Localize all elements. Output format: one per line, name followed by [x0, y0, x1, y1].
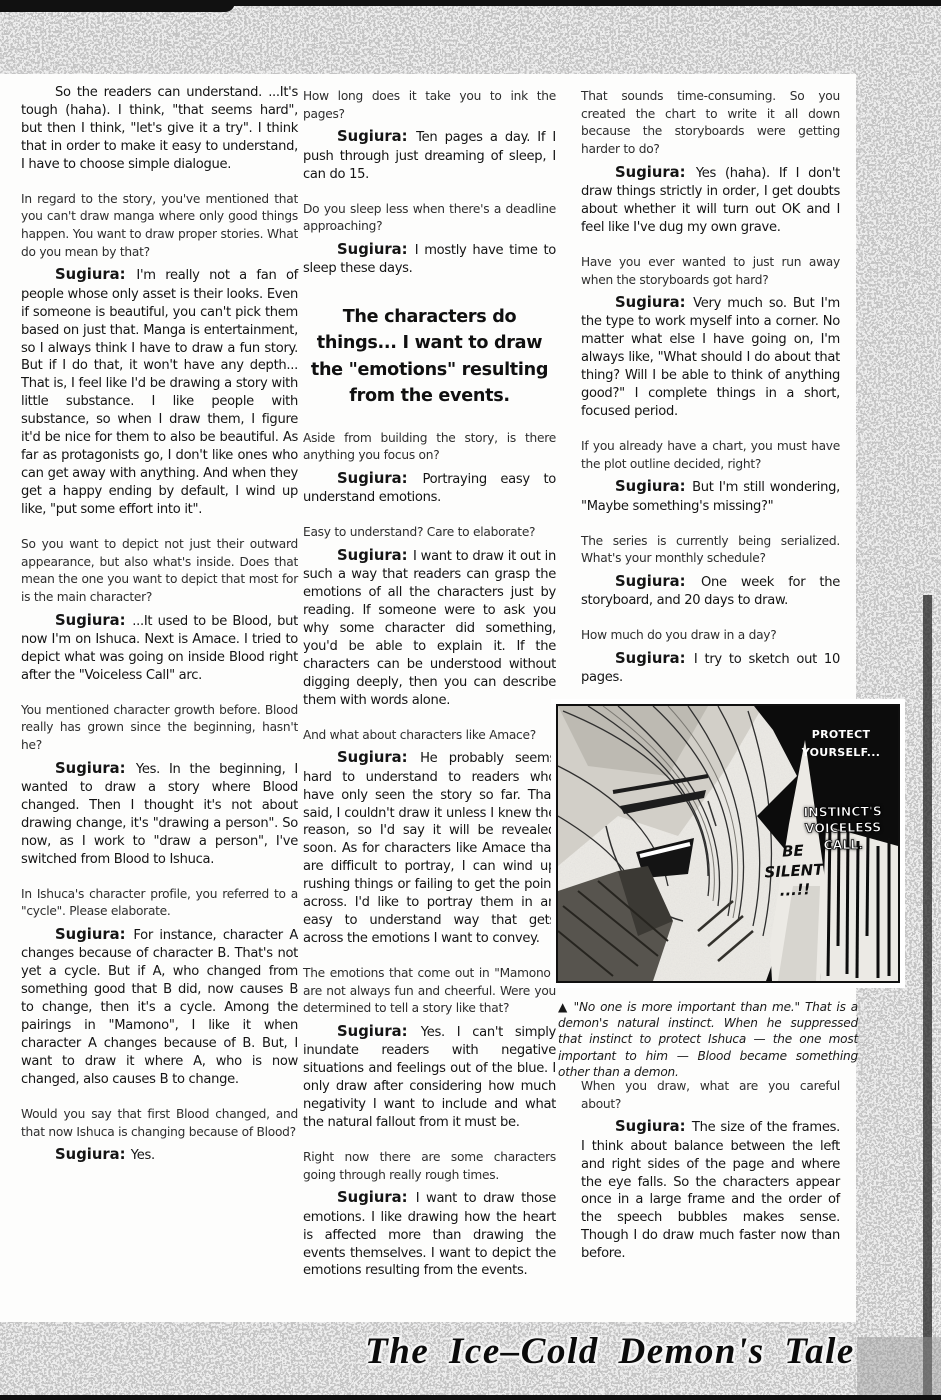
answer-paragraph: Sugiura: Yes. In the beginning, I wanted… [21, 759, 298, 869]
question-paragraph: How long does it take you to ink the pag… [303, 88, 556, 123]
question-paragraph: Aside from building the story, is there … [303, 430, 556, 465]
speaker-name: Sugiura: [55, 926, 133, 943]
question-paragraph: Do you sleep less when there's a deadlin… [303, 201, 556, 236]
speaker-name: Sugiura: [55, 266, 136, 283]
page-edge-top-blob [0, 0, 235, 12]
question-paragraph: Easy to understand? Care to elaborate? [303, 524, 556, 542]
question-paragraph: The emotions that come out in "Mamono" a… [303, 965, 556, 1018]
interview-column-3-top: That sounds time-consuming. So you creat… [581, 88, 840, 693]
question-paragraph: Right now there are some characters goin… [303, 1149, 556, 1184]
question-paragraph: In Ishuca's character profile, you refer… [21, 886, 298, 921]
interview-column-2: How long does it take you to ink the pag… [303, 88, 556, 1286]
speaker-name: Sugiura: [615, 294, 693, 311]
speaker-name: Sugiura: [337, 1023, 421, 1040]
question-paragraph: How much do you draw in a day? [581, 627, 840, 645]
page-edge-bottom [0, 1395, 941, 1400]
speaker-name: Sugiura: [337, 128, 416, 145]
answer-paragraph: Sugiura: Very much so. But I'm the type … [581, 293, 840, 421]
answer-paragraph: Sugiura: Ten pages a day. If I push thro… [303, 127, 556, 183]
speaker-name: Sugiura: [55, 1146, 131, 1163]
pullquote-paragraph: The characters do things... I want to dr… [305, 304, 554, 410]
speaker-name: Sugiura: [615, 164, 696, 181]
answer-paragraph: Sugiura: Yes. I can't simply inundate re… [303, 1022, 556, 1132]
question-paragraph: Would you say that first Blood changed, … [21, 1106, 298, 1141]
answer-paragraph: Sugiura: But I'm still wondering, "Maybe… [581, 477, 840, 515]
interview-column-1: So the readers can understand. ...It's t… [21, 84, 298, 1172]
speaker-name: Sugiura: [55, 760, 136, 777]
speaker-name: Sugiura: [615, 478, 692, 495]
speaker-name: Sugiura: [337, 470, 422, 487]
speaker-name: Sugiura: [337, 1189, 416, 1206]
question-paragraph: Have you ever wanted to just run away wh… [581, 254, 840, 289]
speech-text-silent: BE SILENT ...!! [753, 840, 836, 903]
answer-paragraph: Sugiura: The size of the frames. I think… [581, 1117, 840, 1263]
question-paragraph: If you already have a chart, you must ha… [581, 438, 840, 473]
speech-text-protect: PROTECT YOURSELF... [792, 726, 890, 762]
page-edge-right [923, 595, 932, 1395]
answer-paragraph: Sugiura: I want to draw those emotions. … [303, 1188, 556, 1280]
question-paragraph: And what about characters like Amace? [303, 727, 556, 745]
caption-text: "No one is more important than me." That… [558, 1000, 858, 1079]
answer-paragraph: Sugiura: I'm really not a fan of people … [21, 265, 298, 518]
question-paragraph: So you want to depict not just their out… [21, 536, 298, 607]
answer-paragraph: Sugiura: Yes (haha). If I don't draw thi… [581, 163, 840, 237]
manga-caption: ▲ "No one is more important than me." Th… [558, 999, 858, 1080]
speaker-name: Sugiura: [615, 1118, 692, 1135]
manga-panel: PROTECT YOURSELF... INSTINCT'S VOICELESS… [556, 704, 900, 983]
interview-column-3-bottom: When you draw, what are you careful abou… [581, 1078, 840, 1269]
answer-paragraph: Sugiura: Portraying easy to understand e… [303, 469, 556, 507]
answer-paragraph: Sugiura: One week for the storyboard, an… [581, 572, 840, 610]
answer-paragraph: Sugiura: I try to sketch out 10 pages. [581, 649, 840, 687]
speaker-name: Sugiura: [337, 547, 413, 564]
question-paragraph: When you draw, what are you careful abou… [581, 1078, 840, 1113]
question-paragraph: In regard to the story, you've mentioned… [21, 191, 298, 262]
question-paragraph: You mentioned character growth before. B… [21, 702, 298, 755]
manga-figure: PROTECT YOURSELF... INSTINCT'S VOICELESS… [556, 704, 905, 1080]
answer-paragraph: Sugiura: I want to draw it out in such a… [303, 546, 556, 710]
speaker-name: Sugiura: [337, 241, 415, 258]
answer-paragraph: Sugiura: He probably seems hard to under… [303, 748, 556, 948]
speaker-name: Sugiura: [337, 749, 420, 766]
answer-paragraph: Sugiura: I mostly have time to sleep the… [303, 240, 556, 278]
question-paragraph: The series is currently being serialized… [581, 533, 840, 568]
speaker-name: Sugiura: [615, 573, 701, 590]
answer-paragraph: Sugiura: Yes. [21, 1145, 298, 1165]
caption-triangle-marker: ▲ [558, 1000, 569, 1014]
answer-paragraph: Sugiura: For instance, character A chang… [21, 925, 298, 1089]
speaker-name: Sugiura: [55, 612, 132, 629]
speaker-name: Sugiura: [615, 650, 694, 667]
answer-paragraph: Sugiura: ...It used to be Blood, but now… [21, 611, 298, 685]
question-paragraph: That sounds time-consuming. So you creat… [581, 88, 840, 159]
answer-paragraph: So the readers can understand. ...It's t… [21, 84, 298, 174]
footer-series-title: The Ice–Cold Demon's Tale [320, 1330, 900, 1373]
